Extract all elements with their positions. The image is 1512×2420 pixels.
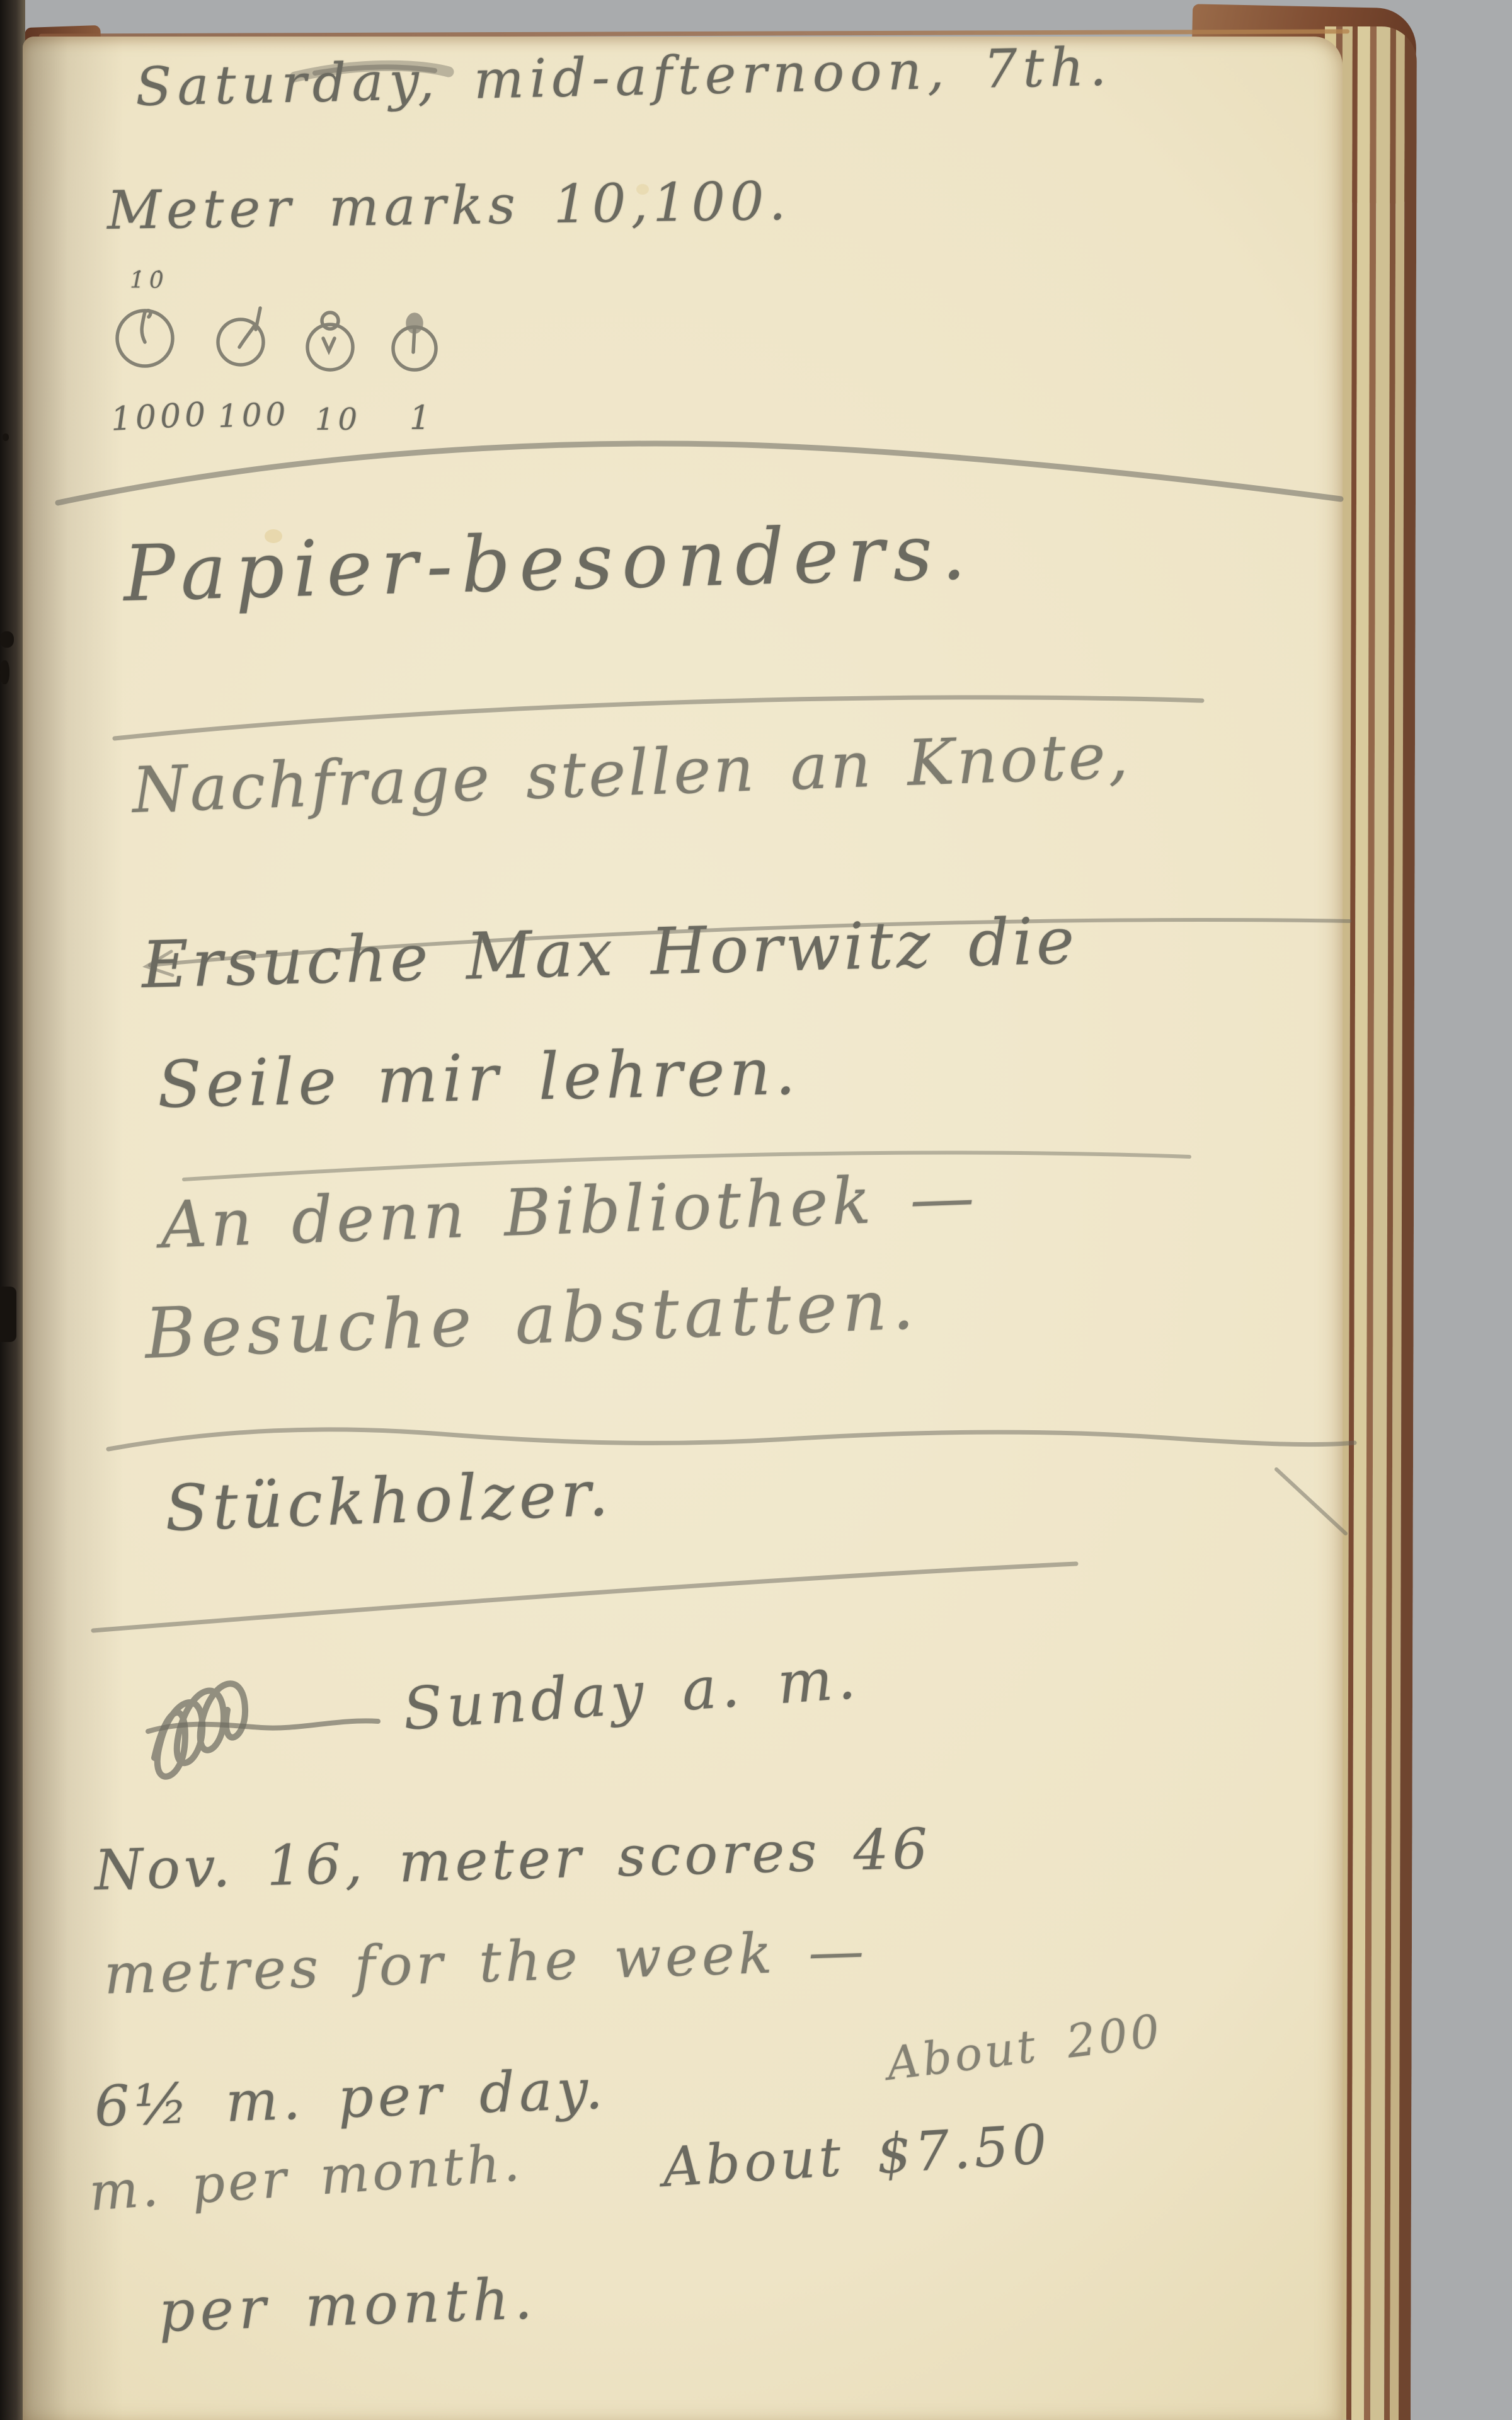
sunday-per-month-line2: per month. <box>157 2271 538 2341</box>
dial-label-100: 100 <box>217 398 290 432</box>
dial-10-icon <box>307 313 353 370</box>
ink-spot <box>0 1287 16 1342</box>
dial-label-1: 1 <box>409 402 434 435</box>
note-stueckholzer: Stückholzer. <box>164 1462 614 1540</box>
ink-spot <box>0 631 14 648</box>
dial-100-icon <box>218 308 263 365</box>
ink-spot <box>0 660 9 684</box>
dial-label-10: 10 <box>315 404 361 435</box>
ink-spot <box>3 433 9 441</box>
dial-reading-note: 1̇0̇ <box>130 270 169 292</box>
dial-1-icon <box>393 314 436 370</box>
notebook-photo: { "palette":{ "backdrop":"#a9abad", "pap… <box>0 0 1512 2420</box>
note-meter-marks: Meter marks 10,100. <box>106 175 791 237</box>
sunday-per-day-line: 6½ m. per day. <box>93 2062 607 2135</box>
dial-1000-icon <box>117 311 173 366</box>
dial-label-1000: 1000 <box>110 398 210 436</box>
note-ersuche-line2: Seile mir lehren. <box>157 1040 801 1118</box>
note-papier: Papier-besonders. <box>122 513 975 612</box>
book-spine-edge <box>0 0 25 2420</box>
